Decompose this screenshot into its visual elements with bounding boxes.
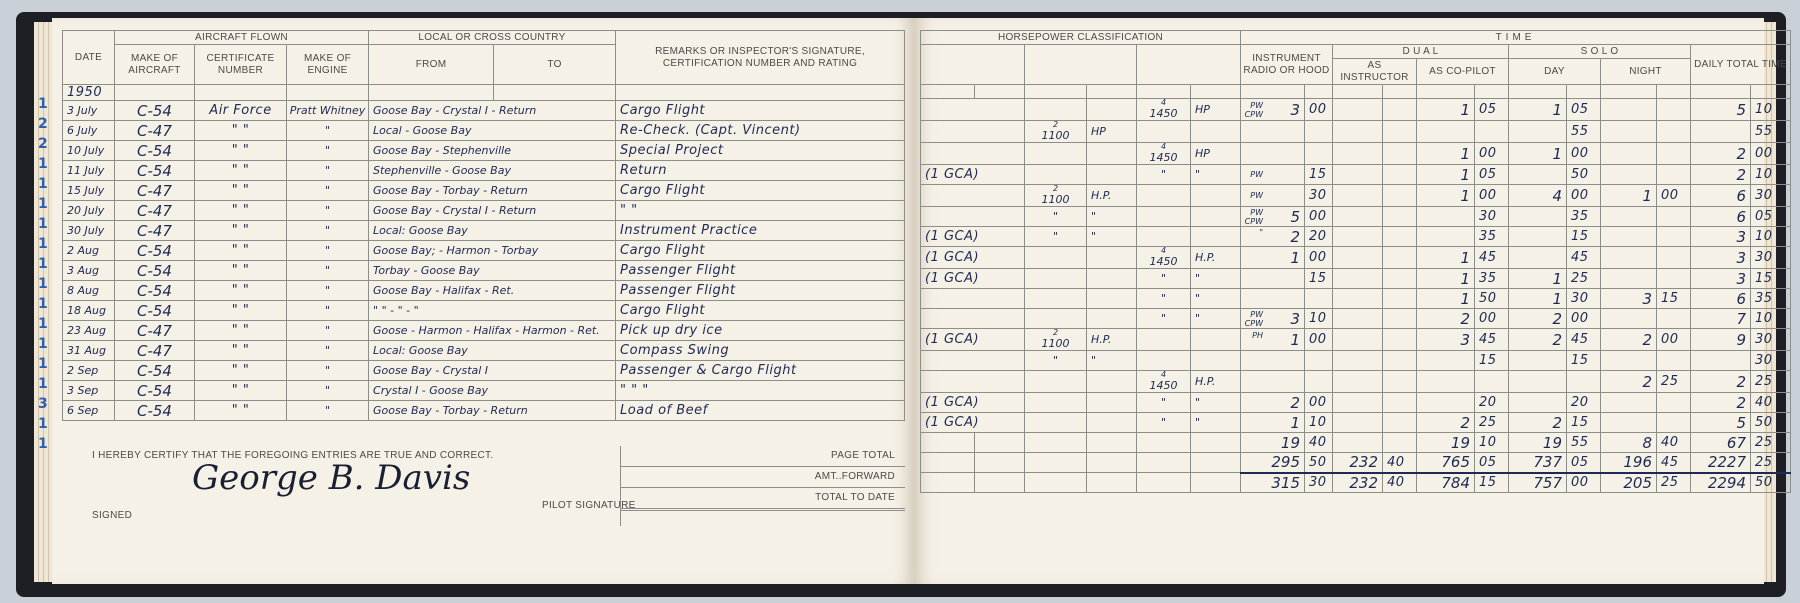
copilot-hours: 2 (1417, 309, 1475, 329)
remarks-cell: Instrument Practice (616, 221, 905, 241)
hp-b-unit (1191, 227, 1241, 247)
certificate-cell: " " (195, 381, 287, 401)
aircraft-cell: C-54 (115, 361, 195, 381)
remarks-cell: Cargo Flight (616, 101, 905, 121)
instrument-hours: 1 (1241, 247, 1305, 269)
hp-b-unit (1191, 207, 1241, 227)
solo-day-minutes: 05 (1567, 99, 1601, 121)
flight-log-table-left: DATE AIRCRAFT FLOWN LOCAL OR CROSS COUNT… (62, 30, 905, 421)
time-row: 21100HP5555 (921, 121, 1791, 143)
hp-a-unit: H.P. (1087, 329, 1137, 351)
certificate-cell: " " (195, 361, 287, 381)
certificate-cell: " " (195, 201, 287, 221)
blank-cell (1087, 453, 1137, 473)
remarks-cell: Special Project (616, 141, 905, 161)
date-cell: 2 Sep (63, 361, 115, 381)
instructor-hours (1333, 121, 1383, 143)
route-cell: Goose Bay - Crystal I - Return (369, 101, 616, 121)
header-dual: D U A L (1333, 45, 1509, 59)
instructor-minutes (1383, 371, 1417, 393)
gca-cell (921, 143, 1025, 165)
instrument-minutes: 10 (1305, 413, 1333, 433)
engine-cell: " (287, 221, 369, 241)
copilot-minutes: 45 (1475, 247, 1509, 269)
hp-a-value (1025, 143, 1087, 165)
solo-day-hours (1509, 227, 1567, 247)
copilot-minutes: 15 (1475, 351, 1509, 371)
hp-a-unit (1087, 309, 1137, 329)
margin-mark: 1 (38, 196, 48, 212)
route-cell: Goose Bay - Torbay - Return (369, 401, 616, 421)
aircraft-cell: C-47 (115, 341, 195, 361)
hp-a-value (1025, 247, 1087, 269)
aircraft-cell: C-47 (115, 121, 195, 141)
aircraft-cell: C-54 (115, 161, 195, 181)
remarks-cell: " " (616, 201, 905, 221)
header-make-of-aircraft: MAKE OF AIRCRAFT (115, 45, 195, 85)
date-cell: 23 Aug (63, 321, 115, 341)
margin-mark: 1 (38, 336, 48, 352)
hp-b-value (1137, 185, 1191, 207)
hp-b-value (1137, 351, 1191, 371)
time-row: 41450H.P.225225 (921, 371, 1791, 393)
solo-day-total-hours: 757 (1509, 473, 1567, 493)
instrument-hours: PW (1241, 165, 1305, 185)
hp-b-value (1137, 329, 1191, 351)
gca-cell: (1 GCA) (921, 165, 1025, 185)
instructor-minutes (1383, 165, 1417, 185)
instructor-minutes (1383, 393, 1417, 413)
blank-cell (975, 453, 1025, 473)
copilot-minutes: 45 (1475, 329, 1509, 351)
solo-night-hours (1601, 165, 1657, 185)
instructor-total-minutes: 40 (1383, 453, 1417, 473)
solo-night-minutes: 00 (1657, 185, 1691, 207)
time-row: ""150130315635 (921, 289, 1791, 309)
remarks-cell: Return (616, 161, 905, 181)
route-cell: Stephenville - Goose Bay (369, 161, 616, 181)
hp-a-unit (1087, 371, 1137, 393)
time-row: 21100H.P.PW30100400100630 (921, 185, 1791, 207)
aircraft-cell: C-47 (115, 181, 195, 201)
daily-total-hours: 2 (1691, 371, 1751, 393)
instrument-hours (1241, 371, 1305, 393)
daily-total-total-minutes: 50 (1751, 473, 1791, 493)
margin-mark: 1 (38, 216, 48, 232)
solo-night-hours (1601, 393, 1657, 413)
solo-day-hours: 1 (1509, 99, 1567, 121)
copilot-minutes: 30 (1475, 207, 1509, 227)
route-cell: Goose Bay - Stephenville (369, 141, 616, 161)
instrument-minutes: 00 (1305, 207, 1333, 227)
remarks-cell: " " " (616, 381, 905, 401)
log-row: 8 AugC-54" ""Goose Bay - Halifax - Ret.P… (63, 281, 905, 301)
daily-total-minutes: 30 (1751, 329, 1791, 351)
hp-b-unit (1191, 185, 1241, 207)
header-to: TO (494, 45, 616, 85)
daily-total-total-hours: 67 (1691, 433, 1751, 453)
gca-cell (921, 371, 1025, 393)
copilot-hours: 1 (1417, 269, 1475, 289)
instructor-minutes (1383, 329, 1417, 351)
solo-night-minutes: 25 (1657, 371, 1691, 393)
solo-night-minutes (1657, 165, 1691, 185)
instrument-hours: PW CPW3 (1241, 99, 1305, 121)
gca-cell (921, 121, 1025, 143)
solo-day-minutes: 00 (1567, 309, 1601, 329)
date-cell: 31 Aug (63, 341, 115, 361)
hp-b-unit: H.P. (1191, 371, 1241, 393)
hp-a-value: " (1025, 207, 1087, 227)
hp-b-unit: " (1191, 165, 1241, 185)
totals-row-page-total: 1940191019558406725 (921, 433, 1791, 453)
time-row: ""PW CPW310200200710 (921, 309, 1791, 329)
blank-cell (1025, 433, 1087, 453)
totals-row-total-to-date: 3153023240784157570020525229450 (921, 473, 1791, 493)
solo-night-hours: 1 (1601, 185, 1657, 207)
instrument-total-hours: 315 (1241, 473, 1305, 493)
solo-night-minutes: 00 (1657, 329, 1691, 351)
blank-cell (1025, 453, 1087, 473)
instructor-minutes (1383, 269, 1417, 289)
instructor-minutes (1383, 351, 1417, 371)
copilot-hours: 3 (1417, 329, 1475, 351)
solo-night-minutes (1657, 413, 1691, 433)
route-cell: Goose Bay - Torbay - Return (369, 181, 616, 201)
daily-total-minutes: 30 (1751, 247, 1791, 269)
hp-a-unit (1087, 143, 1137, 165)
solo-day-total-minutes: 00 (1567, 473, 1601, 493)
daily-total-minutes: 10 (1751, 99, 1791, 121)
hp-b-value: 41450 (1137, 143, 1191, 165)
log-row: 20 JulyC-47" ""Goose Bay - Crystal I - R… (63, 201, 905, 221)
instrument-minutes (1305, 351, 1333, 371)
instructor-total-minutes: 40 (1383, 473, 1417, 493)
instructor-minutes (1383, 99, 1417, 121)
certificate-cell: " " (195, 321, 287, 341)
engine-cell: " (287, 261, 369, 281)
instructor-hours (1333, 165, 1383, 185)
engine-cell: " (287, 301, 369, 321)
hp-a-value (1025, 269, 1087, 289)
copilot-hours: 1 (1417, 247, 1475, 269)
remarks-cell: Passenger Flight (616, 281, 905, 301)
solo-night-total-minutes: 40 (1657, 433, 1691, 453)
solo-day-hours (1509, 165, 1567, 185)
engine-cell: " (287, 381, 369, 401)
solo-night-minutes (1657, 121, 1691, 143)
hp-b-value (1137, 207, 1191, 227)
blank-cell (1087, 473, 1137, 493)
certificate-cell: Air Force (195, 101, 287, 121)
instrument-total-hours: 19 (1241, 433, 1305, 453)
hp-a-unit: H.P. (1087, 185, 1137, 207)
hp-a-unit (1087, 289, 1137, 309)
log-row: 6 SepC-54" ""Goose Bay - Torbay - Return… (63, 401, 905, 421)
gca-cell: (1 GCA) (921, 329, 1025, 351)
hp-b-value: 41450 (1137, 99, 1191, 121)
hp-b-value: " (1137, 393, 1191, 413)
hp-a-unit (1087, 165, 1137, 185)
copilot-minutes: 50 (1475, 289, 1509, 309)
daily-total-minutes: 15 (1751, 269, 1791, 289)
header-as-instructor: AS INSTRUCTOR (1333, 59, 1417, 85)
solo-night-hours (1601, 227, 1657, 247)
gca-cell (921, 351, 1025, 371)
date-cell: 30 July (63, 221, 115, 241)
instrument-hours (1241, 269, 1305, 289)
gca-cell: (1 GCA) (921, 413, 1025, 433)
hp-b-unit (1191, 329, 1241, 351)
header-night: NIGHT (1601, 59, 1691, 85)
daily-total-hours: 6 (1691, 207, 1751, 227)
margin-mark: 3 (38, 396, 48, 412)
route-cell: Local - Goose Bay (369, 121, 616, 141)
solo-day-hours: 2 (1509, 413, 1567, 433)
copilot-hours (1417, 121, 1475, 143)
log-row: 2 AugC-54" ""Goose Bay; - Harmon - Torba… (63, 241, 905, 261)
hp-b-value: " (1137, 413, 1191, 433)
margin-mark: 2 (38, 136, 48, 152)
copilot-minutes (1475, 371, 1509, 393)
instructor-hours (1333, 227, 1383, 247)
instructor-hours (1333, 329, 1383, 351)
solo-night-minutes: 15 (1657, 289, 1691, 309)
solo-night-minutes (1657, 351, 1691, 371)
solo-night-hours: 2 (1601, 371, 1657, 393)
header-date: DATE (63, 31, 115, 85)
blank-cell (1087, 433, 1137, 453)
hp-a-value (1025, 289, 1087, 309)
instrument-hours (1241, 289, 1305, 309)
remarks-cell: Load of Beef (616, 401, 905, 421)
engine-cell: " (287, 341, 369, 361)
time-row: ""151530 (921, 351, 1791, 371)
instructor-minutes (1383, 289, 1417, 309)
hp-a-value (1025, 371, 1087, 393)
instrument-minutes (1305, 143, 1333, 165)
log-row: 3 AugC-54" ""Torbay - Goose BayPassenger… (63, 261, 905, 281)
copilot-hours: 1 (1417, 165, 1475, 185)
solo-day-hours: 1 (1509, 143, 1567, 165)
route-cell: Local: Goose Bay (369, 341, 616, 361)
blank-cell (1137, 453, 1191, 473)
hp-a-unit (1087, 413, 1137, 433)
instructor-minutes (1383, 247, 1417, 269)
hp-a-unit (1087, 269, 1137, 289)
instrument-minutes (1305, 121, 1333, 143)
hp-a-value: 21100 (1025, 121, 1087, 143)
daily-total-hours: 9 (1691, 329, 1751, 351)
hp-b-value: " (1137, 165, 1191, 185)
date-cell: 11 July (63, 161, 115, 181)
margin-mark: 1 (38, 316, 48, 332)
gca-cell: (1 GCA) (921, 227, 1025, 247)
blank-cell (1191, 453, 1241, 473)
solo-night-total-minutes: 45 (1657, 453, 1691, 473)
instrument-hours: PW (1241, 185, 1305, 207)
instructor-hours (1333, 413, 1383, 433)
gca-cell (921, 309, 1025, 329)
solo-night-hours (1601, 207, 1657, 227)
hp-b-unit (1191, 121, 1241, 143)
daily-total-minutes: 00 (1751, 143, 1791, 165)
total-to-date-label: TOTAL TO DATE (621, 488, 905, 511)
engine-cell: Pratt Whitney (287, 101, 369, 121)
solo-night-minutes (1657, 393, 1691, 413)
hp-a-value (1025, 413, 1087, 433)
daily-total-hours: 2 (1691, 165, 1751, 185)
header-instrument: INSTRUMENT RADIO OR HOOD (1241, 45, 1333, 85)
header-from: FROM (369, 45, 494, 85)
remarks-cell: Passenger Flight (616, 261, 905, 281)
aircraft-cell: C-54 (115, 401, 195, 421)
engine-cell: " (287, 281, 369, 301)
log-row: 3 SepC-54" ""Crystal I - Goose Bay" " " (63, 381, 905, 401)
instrument-hours: "2 (1241, 227, 1305, 247)
engine-cell: " (287, 181, 369, 201)
solo-day-hours (1509, 351, 1567, 371)
hp-b-unit: H.P. (1191, 247, 1241, 269)
date-cell: 20 July (63, 201, 115, 221)
date-cell: 2 Aug (63, 241, 115, 261)
hp-b-unit: HP (1191, 99, 1241, 121)
amt-forward-label: AMT..FORWARD (621, 467, 905, 488)
totals-labels: PAGE TOTAL AMT..FORWARD TOTAL TO DATE (620, 446, 905, 526)
solo-night-hours (1601, 99, 1657, 121)
instrument-minutes (1305, 289, 1333, 309)
copilot-hours (1417, 351, 1475, 371)
copilot-hours: 1 (1417, 99, 1475, 121)
instrument-hours (1241, 121, 1305, 143)
hp-a-unit: " (1087, 351, 1137, 371)
engine-cell: " (287, 241, 369, 261)
solo-night-hours (1601, 351, 1657, 371)
copilot-minutes: 00 (1475, 143, 1509, 165)
solo-day-minutes: 45 (1567, 329, 1601, 351)
certificate-cell: " " (195, 341, 287, 361)
route-cell: Goose Bay; - Harmon - Torbay (369, 241, 616, 261)
solo-night-hours (1601, 121, 1657, 143)
instrument-total-minutes: 50 (1305, 453, 1333, 473)
log-row: 6 JulyC-47" ""Local - Goose BayRe-Check.… (63, 121, 905, 141)
solo-night-minutes (1657, 269, 1691, 289)
solo-day-hours: 4 (1509, 185, 1567, 207)
engine-cell: " (287, 321, 369, 341)
daily-total-total-hours: 2227 (1691, 453, 1751, 473)
instructor-minutes (1383, 227, 1417, 247)
solo-night-total-hours: 205 (1601, 473, 1657, 493)
date-cell: 3 July (63, 101, 115, 121)
gca-cell: (1 GCA) (921, 269, 1025, 289)
hp-b-unit: " (1191, 309, 1241, 329)
instructor-total-minutes (1383, 433, 1417, 453)
instructor-minutes (1383, 207, 1417, 227)
time-row: (1 GCA)""PW1510550210 (921, 165, 1791, 185)
copilot-hours (1417, 371, 1475, 393)
remarks-cell: Cargo Flight (616, 181, 905, 201)
daily-total-minutes: 35 (1751, 289, 1791, 309)
aircraft-cell: C-54 (115, 261, 195, 281)
instrument-minutes: 00 (1305, 99, 1333, 121)
time-row: (1 GCA)41450H.P.10014545330 (921, 247, 1791, 269)
header-day: DAY (1509, 59, 1601, 85)
solo-day-minutes: 25 (1567, 269, 1601, 289)
route-cell: Local: Goose Bay (369, 221, 616, 241)
daily-total-hours: 6 (1691, 289, 1751, 309)
blank-cell (921, 473, 975, 493)
instructor-total-hours: 232 (1333, 473, 1383, 493)
solo-night-hours (1601, 269, 1657, 289)
margin-mark: 2 (38, 116, 48, 132)
instrument-minutes: 20 (1305, 227, 1333, 247)
solo-day-total-hours: 737 (1509, 453, 1567, 473)
solo-day-total-minutes: 05 (1567, 453, 1601, 473)
blank-cell (1025, 473, 1087, 493)
date-cell: 6 July (63, 121, 115, 141)
copilot-hours (1417, 207, 1475, 227)
instructor-hours (1333, 393, 1383, 413)
copilot-minutes: 00 (1475, 185, 1509, 207)
date-cell: 3 Sep (63, 381, 115, 401)
header-make-of-engine: MAKE OF ENGINE (287, 45, 369, 85)
instrument-hours: PH1 (1241, 329, 1305, 351)
margin-mark: 1 (38, 276, 48, 292)
certificate-cell: " " (195, 121, 287, 141)
copilot-total-hours: 765 (1417, 453, 1475, 473)
copilot-minutes: 05 (1475, 165, 1509, 185)
margin-mark: 1 (38, 376, 48, 392)
hp-b-value: 41450 (1137, 247, 1191, 269)
blank-cell (921, 453, 975, 473)
date-cell: 10 July (63, 141, 115, 161)
solo-day-minutes: 00 (1567, 185, 1601, 207)
solo-day-hours (1509, 371, 1567, 393)
hp-b-value: " (1137, 269, 1191, 289)
blank-cell (1137, 433, 1191, 453)
instrument-total-minutes: 40 (1305, 433, 1333, 453)
year: 1950 (63, 85, 115, 101)
hp-a-unit: HP (1087, 121, 1137, 143)
gca-cell (921, 289, 1025, 309)
header-daily-total: DAILY TOTAL TIME (1691, 45, 1791, 85)
margin-mark: 1 (38, 156, 48, 172)
copilot-minutes (1475, 121, 1509, 143)
hp-b-unit: HP (1191, 143, 1241, 165)
solo-day-minutes: 55 (1567, 121, 1601, 143)
time-row: 41450HP100100200 (921, 143, 1791, 165)
copilot-total-hours: 784 (1417, 473, 1475, 493)
totals-row-amt-forward: 2955023240765057370519645222725 (921, 453, 1791, 473)
time-row: (1 GCA)""2002020240 (921, 393, 1791, 413)
instructor-hours (1333, 371, 1383, 393)
instrument-minutes: 30 (1305, 185, 1333, 207)
instrument-minutes: 10 (1305, 309, 1333, 329)
solo-day-minutes: 35 (1567, 207, 1601, 227)
solo-day-minutes: 15 (1567, 413, 1601, 433)
copilot-hours: 1 (1417, 289, 1475, 309)
daily-total-hours: 2 (1691, 393, 1751, 413)
copilot-hours: 1 (1417, 143, 1475, 165)
hp-a-value (1025, 309, 1087, 329)
daily-total-total-hours: 2294 (1691, 473, 1751, 493)
hp-b-unit: " (1191, 413, 1241, 433)
daily-total-total-minutes: 25 (1751, 433, 1791, 453)
time-row: (1 GCA)""15135125315 (921, 269, 1791, 289)
aircraft-cell: C-47 (115, 321, 195, 341)
certificate-cell: " " (195, 301, 287, 321)
hp-b-unit: " (1191, 393, 1241, 413)
